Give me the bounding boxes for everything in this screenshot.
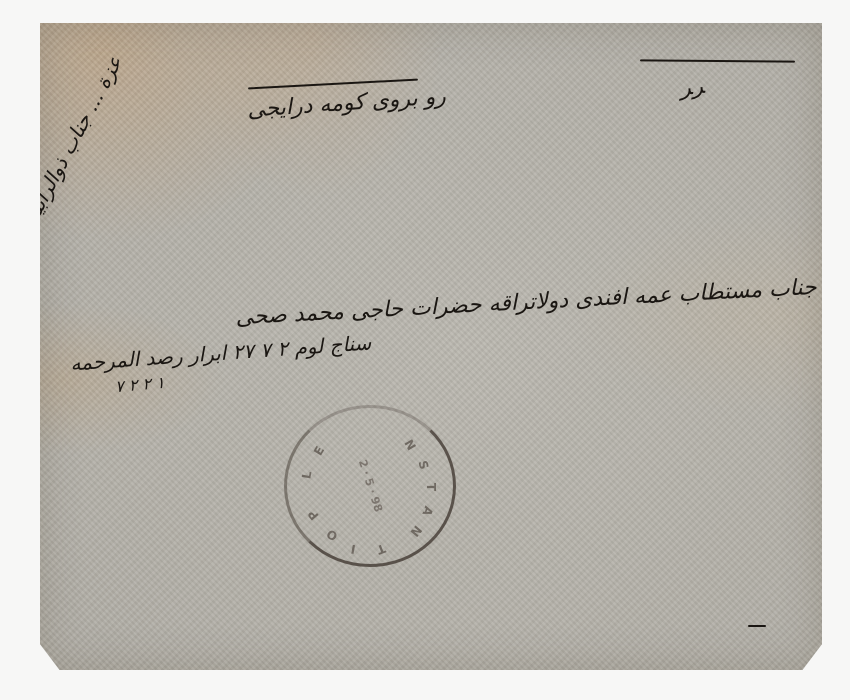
address-line-main: حلامت دیر حمت جناب مستطاب عمه افندی دولا… [235,267,850,331]
ink-dash-mark [748,625,766,627]
envelope: ﺮﺮ رو بروی کومه درایجی عزة ... جناب ذوال… [40,23,822,670]
top-right-mark: ﺮﺮ [679,74,706,101]
diagonal-margin-handwriting: عزة ... جناب ذوالرابیه [19,52,127,226]
postmark: N S T A N T I O P L E 2 · 5 · 98 [284,405,456,567]
heading-handwriting: رو بروی کومه درایجی [246,84,446,123]
top-right-rule [640,59,795,62]
address-line-second: سناج لوم ۲ ۷ ۲۷ ابرار رصد المرحمه [70,331,372,376]
address-numerals: ۱ ۲ ۲ ۷ [114,373,165,396]
